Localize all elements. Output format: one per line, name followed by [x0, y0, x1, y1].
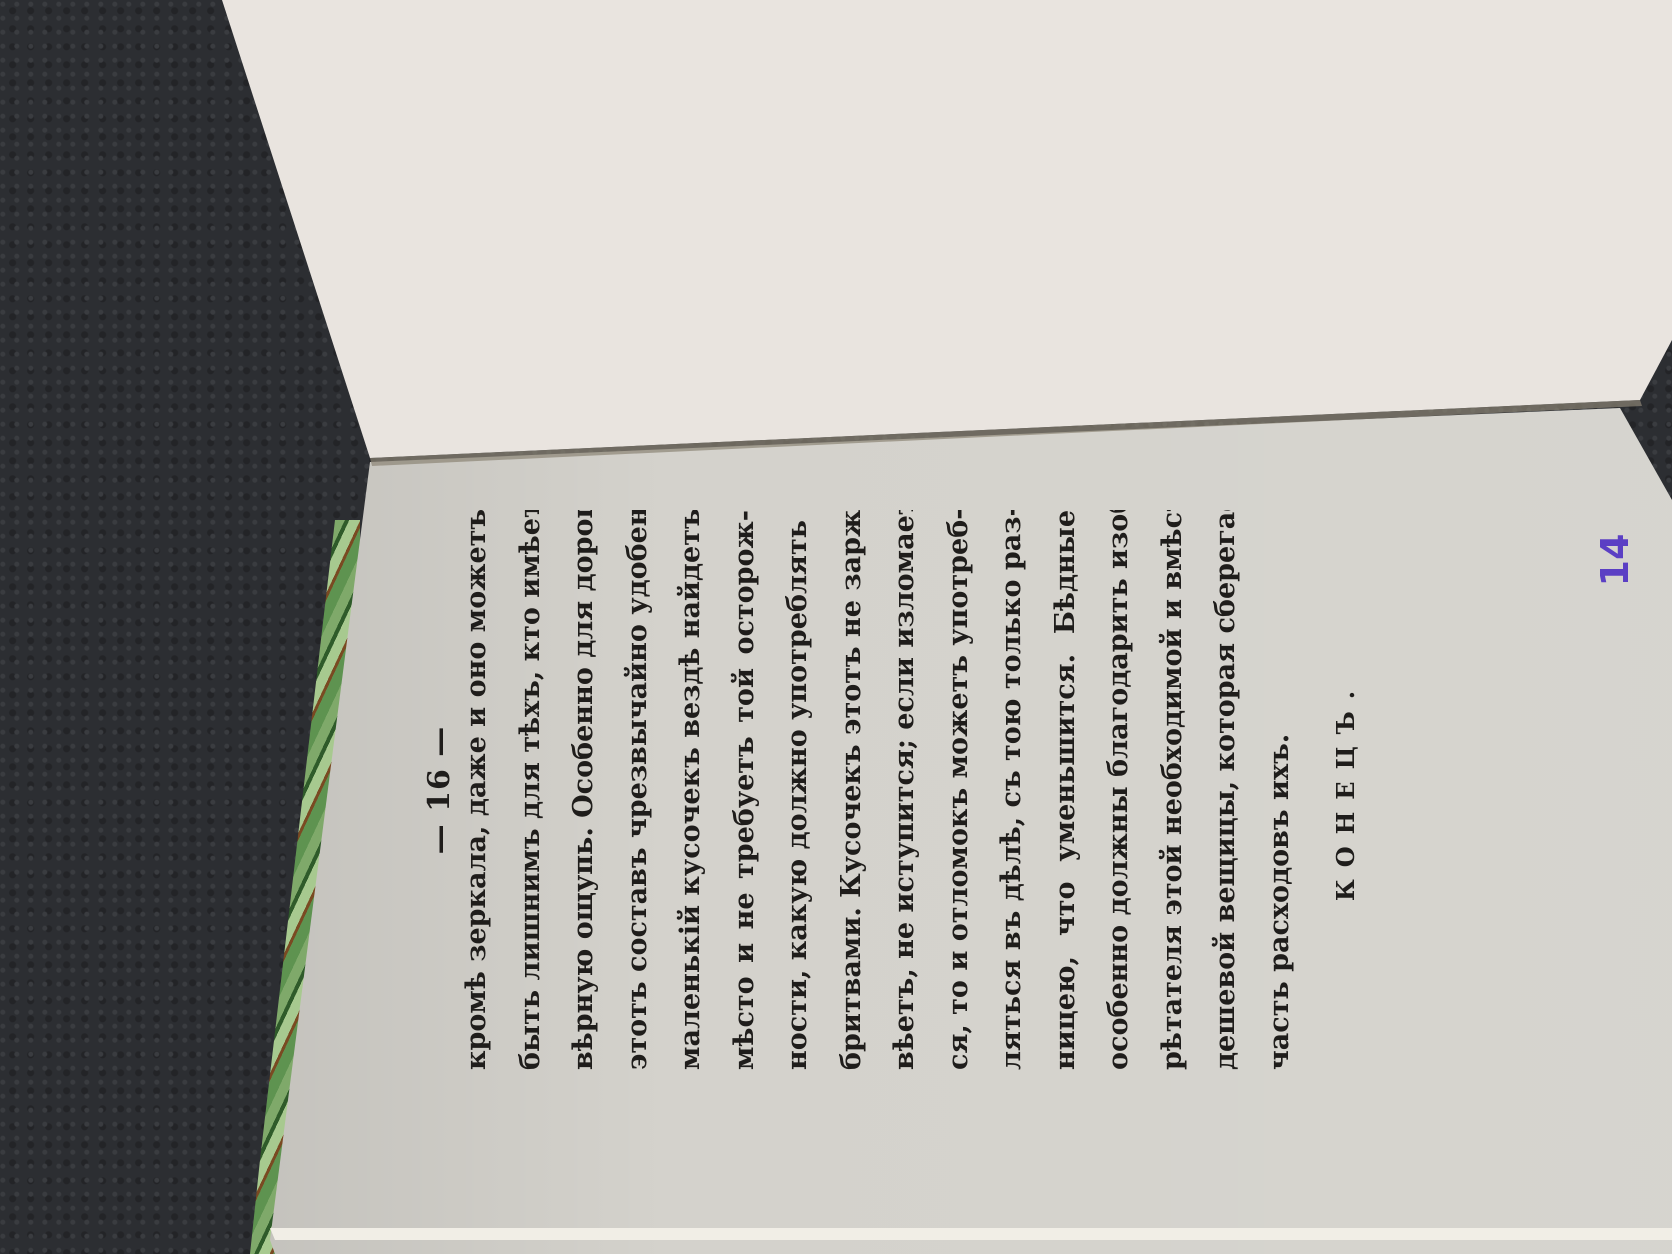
text-line: вѣетъ, не иступится; если изломает-: [878, 510, 932, 1070]
text-line: вѣрную ощупь. Особенно для дороги: [557, 510, 611, 1070]
text-line: мѣсто и не требуетъ той осторож-: [718, 510, 772, 1070]
text-line: особенно должны благодарить изоб-: [1092, 510, 1146, 1070]
library-number-stamp: 14: [1595, 530, 1635, 590]
text-line: ности, какую должно употреблять съ: [771, 510, 825, 1070]
text-line: часть расходовъ ихъ.: [1253, 510, 1307, 1070]
text-line: быть лишнимъ для тѣхъ, кто имѣетъ: [504, 510, 558, 1070]
text-line: бритвами. Кусочекъ этотъ не заржа-: [825, 510, 879, 1070]
page-text-block: — 16 — кромѣ зеркала, даже и оно можетъ …: [420, 510, 1320, 1070]
text-line: ся, то и отломокъ можетъ употреб-: [932, 510, 986, 1070]
end-mark: КОНЕЦЪ.: [1306, 510, 1366, 1070]
text-line: этотъ составъ чрезвычайно удобенъ:: [611, 510, 665, 1070]
text-line: дешевой вещицы, которая сберегаетъ: [1199, 510, 1253, 1070]
text-line: кромѣ зеркала, даже и оно можетъ: [450, 510, 504, 1070]
text-line: маленькій кусочекъ вездѣ найдетъ: [664, 510, 718, 1070]
text-line: рѣтателя этой необходимой и вмѣстѣ: [1146, 510, 1200, 1070]
text-line: ницею, что уменьшится. Бѣдные: [1039, 510, 1093, 1070]
page-body: кромѣ зеркала, даже и оно можетъ быть ли…: [450, 510, 1366, 1070]
text-line: ляться въ дѣлѣ, съ тою только раз-: [985, 510, 1039, 1070]
